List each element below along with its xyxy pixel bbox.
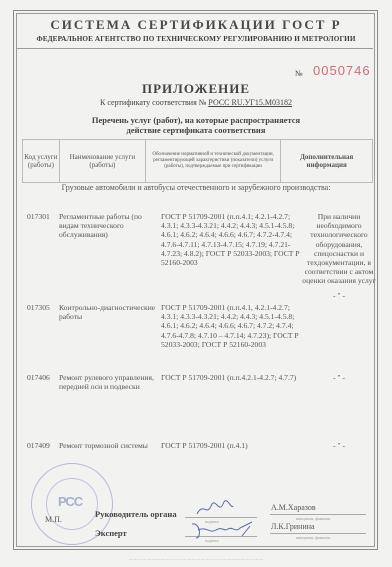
- list-title: Перечень услуг (работ), на которые распр…: [0, 115, 392, 135]
- stamp-label: М.П.: [45, 515, 62, 524]
- service-name: Ремонт тормозной системы: [59, 441, 157, 450]
- list-title-line2: действие сертификата соответствия: [0, 125, 392, 135]
- service-code: 017301: [27, 212, 50, 221]
- service-info: - " -: [296, 291, 382, 300]
- seal-logo-icon: РСС: [58, 494, 82, 509]
- service-code: 017305: [27, 303, 50, 312]
- service-code: 017409: [27, 441, 50, 450]
- service-info: - " -: [296, 373, 382, 382]
- service-standards: ГОСТ Р 51709-2001 (п.п.4.1, 4.2.1-4.2.7;…: [161, 303, 301, 349]
- page-title: ПРИЛОЖЕНИЕ: [0, 81, 392, 97]
- list-title-line1: Перечень услуг (работ), на которые распр…: [0, 115, 392, 125]
- header-standards: Обозначение нормативной и технической до…: [146, 140, 282, 182]
- service-name: Регламентные работы (по видам техническо…: [59, 212, 157, 240]
- head-signature-icon: [195, 500, 235, 518]
- header-name: Наименование услуги (работы): [60, 140, 146, 182]
- service-standards: ГОСТ Р 51709-2001 (п.п.4.1; 4.2.1-4.2.7;…: [161, 212, 301, 267]
- table-header: Код услуги (работы) Наименование услуги …: [22, 139, 373, 183]
- expert-label: Эксперт: [95, 528, 127, 538]
- group-heading: Грузовые автомобили и автобусы отечестве…: [0, 183, 392, 192]
- footer-fine-print: — — — — — — — — — — — — — — — — — — — — …: [0, 557, 392, 561]
- certificate-prefix: К сертификату соответствия №: [100, 98, 206, 107]
- service-info: При наличии необходимого технологическог…: [296, 212, 382, 286]
- expert-name: Л.К.Гринина: [271, 522, 315, 531]
- header-code: Код услуги (работы): [23, 140, 60, 182]
- service-standards: ГОСТ Р 51709-2001 (п.4.1): [161, 441, 301, 450]
- expert-signature-icon: [188, 520, 258, 542]
- expert-name-caption: инициалы, фамилия: [296, 535, 330, 540]
- service-name: Ремонт рулевого управления, передней оси…: [59, 373, 157, 391]
- head-name-line: [270, 514, 366, 515]
- certificate-reference: К сертификату соответствия № РОСС RU.УГ1…: [0, 98, 392, 107]
- certificate-number: РОСС RU.УГ15.М03182: [208, 98, 292, 107]
- service-standards: ГОСТ Р 51709-2001 (п.п.4.2.1-4.2.7; 4.7.…: [161, 373, 301, 382]
- service-code: 017406: [27, 373, 50, 382]
- system-title: СИСТЕМА СЕРТИФИКАЦИИ ГОСТ Р: [0, 17, 392, 33]
- head-name: А.М.Харазов: [271, 503, 316, 512]
- number-label: №: [295, 69, 303, 78]
- head-label: Руководитель органа: [95, 509, 177, 519]
- form-number: 0050746: [313, 63, 371, 78]
- head-name-caption: инициалы, фамилия: [296, 516, 330, 521]
- service-info: - " -: [296, 441, 382, 450]
- agency-name: ФЕДЕРАЛЬНОЕ АГЕНТСТВО ПО ТЕХНИЧЕСКОМУ РЕ…: [0, 35, 392, 43]
- header-info: Дополнительная информация: [281, 140, 372, 182]
- service-name: Контрольно-диагностические работы: [59, 303, 157, 321]
- expert-name-line: [270, 533, 366, 534]
